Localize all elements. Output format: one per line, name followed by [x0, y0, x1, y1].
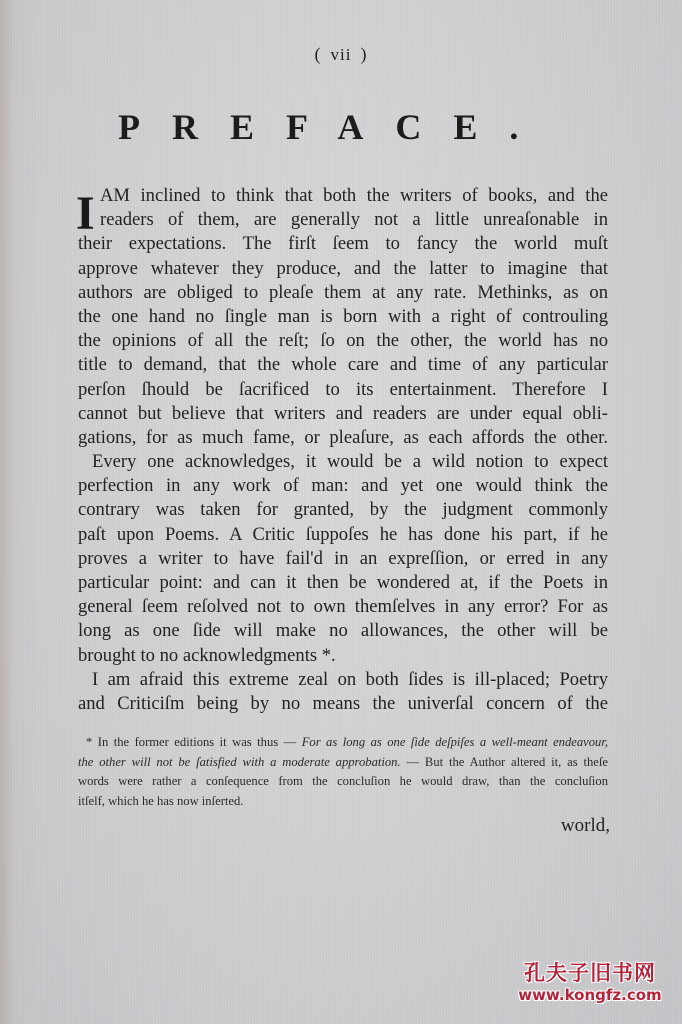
- footnote-line: the other will not be ſatisfied with a m…: [78, 753, 608, 773]
- text-line: perſon ſhould be ſacrificed to its enter…: [78, 378, 608, 402]
- footnote-text: In the former editions it was thus —: [98, 735, 302, 749]
- text-line: I am afraid this extreme zeal on both ſi…: [78, 668, 608, 692]
- text-line: readers of them, are generally not a lit…: [78, 208, 608, 232]
- text-line: proves a writer to have fail'd in an exp…: [78, 547, 608, 571]
- watermark-logo: 孔夫子旧书网 www.kongfz.com: [505, 960, 675, 1005]
- open-parenthesis: (: [315, 44, 322, 64]
- footnote-text: — But the Author altered it, as theſe: [401, 755, 608, 769]
- text-line: particular point: and can it then be won…: [78, 571, 608, 595]
- preface-body: I AM inclined to think that both the wri…: [78, 184, 608, 716]
- close-parenthesis: ): [360, 44, 367, 64]
- watermark-title: 孔夫子旧书网: [505, 960, 675, 986]
- page-title: PREFACE.: [118, 106, 578, 148]
- text-line: gations, for as much fame, or pleaſure, …: [78, 426, 608, 450]
- text-line: their expectations. The firſt ſeem to fa…: [78, 232, 608, 256]
- watermark-url: www.kongfz.com: [505, 986, 675, 1005]
- text-line: general ſeem reſolved not to own themſel…: [78, 595, 608, 619]
- footnote-quote: the other will not be ſatisfied with a m…: [78, 755, 401, 769]
- text-line: the opinions of all the reſt; ſo on the …: [78, 329, 608, 353]
- text-line: contrary was taken for granted, by the j…: [78, 498, 608, 522]
- footnote-line: words were rather a conſequence from the…: [78, 772, 608, 792]
- catchword: world,: [561, 815, 610, 837]
- page-number-header: (vii): [0, 44, 682, 65]
- text-line: AM inclined to think that both the write…: [78, 184, 608, 208]
- text-line: the one hand no ſingle man is born with …: [78, 305, 608, 329]
- footnote: * In the former editions it was thus — F…: [78, 733, 608, 811]
- text-line: perfection in any work of man: and yet o…: [78, 474, 608, 498]
- text-line: title to demand, that the whole care and…: [78, 353, 608, 377]
- footnote-line: itſelf, which he has now inſerted.: [78, 792, 608, 812]
- footnote-quote: For as long as one ſide deſpiſes a well-…: [302, 735, 608, 749]
- text-line: and Criticiſm being by no means the univ…: [78, 692, 608, 716]
- footnote-marker: *: [86, 735, 92, 749]
- text-line: paſt upon Poems. A Critic ſuppoſes he ha…: [78, 523, 608, 547]
- footnote-line: * In the former editions it was thus — F…: [78, 733, 608, 753]
- text-line: Every one acknowledges, it would be a wi…: [78, 450, 608, 474]
- text-line: long as one ſide will make no allowances…: [78, 619, 608, 643]
- page-number: vii: [331, 45, 352, 64]
- text-line: authors are obliged to pleaſe them at an…: [78, 281, 608, 305]
- text-line: brought to no acknowledgments *.: [78, 644, 608, 668]
- text-line: approve whatever they produce, and the l…: [78, 257, 608, 281]
- drop-cap: I: [76, 194, 95, 234]
- text-line: cannot but believe that writers and read…: [78, 402, 608, 426]
